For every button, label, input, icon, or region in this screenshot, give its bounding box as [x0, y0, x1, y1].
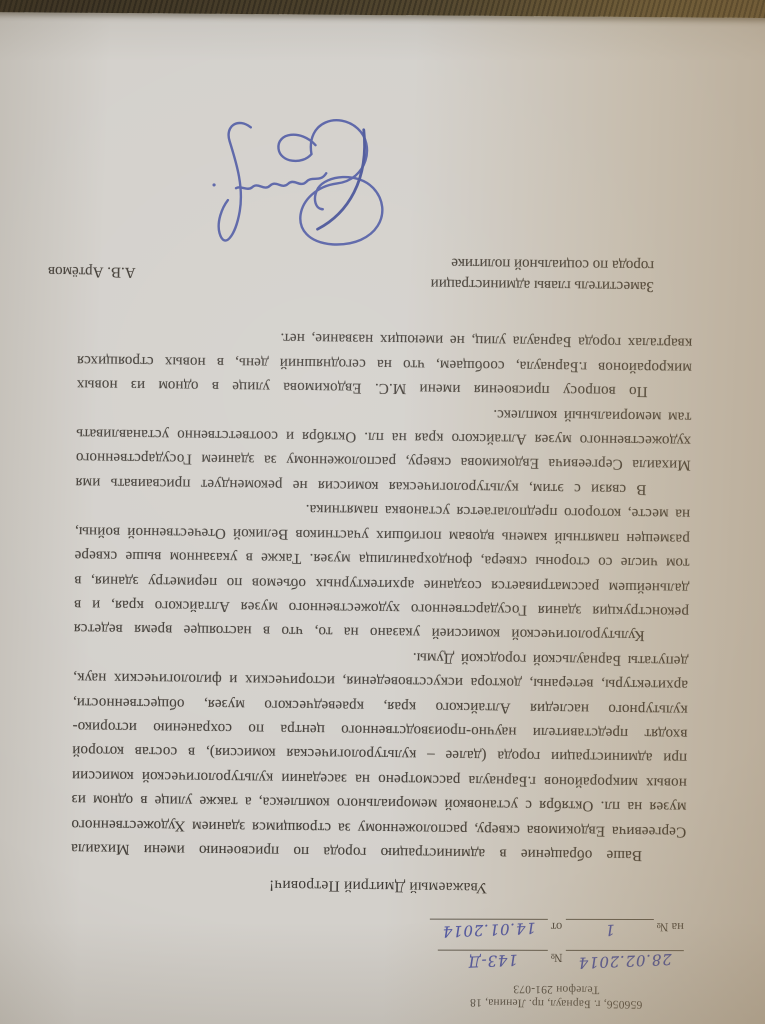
incoming-from-label: от — [551, 920, 563, 934]
outgoing-ref-row: 28.02.2014 № 143-Д — [0, 946, 684, 971]
photo-of-letter: 656056, г. Барнаул, пр. Ленина, 18 Телеф… — [0, 0, 765, 1024]
handwritten-incoming-number: 1 — [604, 921, 615, 939]
incoming-prefix-label: на № — [657, 920, 684, 934]
incoming-date-rule: 14.01.2014 — [430, 919, 548, 940]
handwritten-outgoing-number: 143-Д — [467, 951, 518, 971]
outgoing-date-rule: 28.02.2014 — [566, 950, 684, 971]
handwritten-incoming-date: 14.01.2014 — [441, 919, 536, 941]
address-line: 656056, г. Барнаул, пр. Ленина, 18 — [441, 995, 671, 1012]
document-page: 656056, г. Барнаул, пр. Ленина, 18 Телеф… — [0, 9, 765, 1024]
handwritten-outgoing-date: 28.02.2014 — [577, 950, 672, 972]
body-paragraph: В связи с этим, культурологическая комис… — [75, 397, 691, 502]
signatory-name: А.В. Артёмов — [48, 262, 136, 280]
body-paragraph: Ваше обращение в администрацию города по… — [71, 641, 689, 868]
letterhead-address: 656056, г. Барнаул, пр. Ленина, 18 Телеф… — [441, 981, 671, 1012]
number-sign-label: № — [551, 951, 563, 965]
signature-ink — [175, 89, 407, 267]
outgoing-number-rule: 143-Д — [438, 950, 548, 971]
incoming-ref-row: на № 1 от 14.01.2014 — [0, 915, 684, 940]
salutation: Уважаемый Дмитрий Петрович! — [0, 872, 761, 899]
letter-body: Ваше обращение в администрацию города по… — [71, 323, 693, 867]
signatory-title-line1: Заместитель главы администрации — [431, 273, 654, 297]
body-paragraph: По вопросу присвоения имени М.С. Евдоким… — [76, 323, 692, 404]
registration-block: 28.02.2014 № 143-Д на № 1 от 14.01.2014 — [0, 915, 684, 971]
signatory-title: Заместитель главы администрации города п… — [431, 252, 655, 297]
incoming-number-rule: 1 — [565, 919, 653, 940]
body-paragraph: Культурологической комиссией указано на … — [73, 494, 690, 648]
signatory-title-line2: города по социальной политике — [431, 252, 654, 276]
